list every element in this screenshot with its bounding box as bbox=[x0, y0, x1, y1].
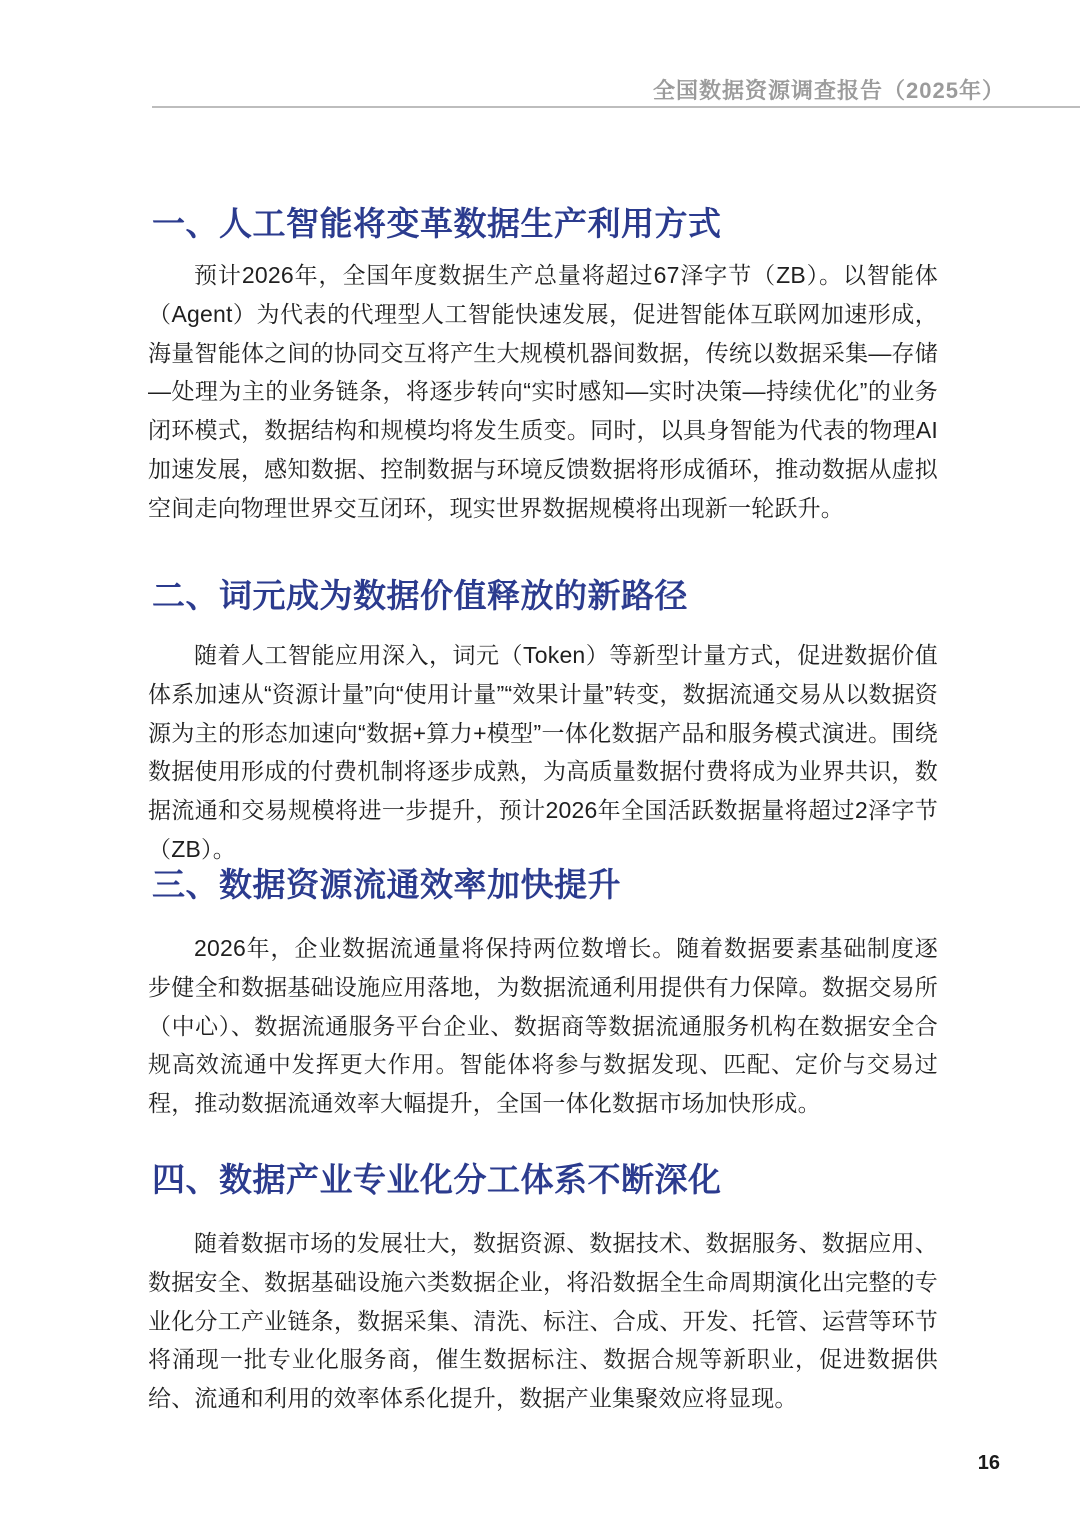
section-1-heading: 一、人工智能将变革数据生产利用方式 bbox=[152, 202, 1032, 245]
section-1-paragraph: 预计2026年，全国年度数据生产总量将超过67泽字节（ZB）。以智能体（Agen… bbox=[148, 256, 938, 528]
section-3-heading: 三、数据资源流通效率加快提升 bbox=[152, 863, 1032, 906]
section-2-paragraph: 随着人工智能应用深入，词元（Token）等新型计量方式，促进数据价值体系加速从“… bbox=[148, 636, 938, 869]
page-header-title: 全国数据资源调查报告（2025年） bbox=[653, 74, 1005, 105]
page-number: 16 bbox=[978, 1452, 1000, 1475]
header-rule bbox=[152, 106, 1080, 108]
section-4-heading: 四、数据产业专业化分工体系不断深化 bbox=[152, 1158, 1032, 1201]
section-4-paragraph: 随着数据市场的发展壮大，数据资源、数据技术、数据服务、数据应用、数据安全、数据基… bbox=[148, 1224, 938, 1418]
section-3-paragraph: 2026年，企业数据流通量将保持两位数增长。随着数据要素基础制度逐步健全和数据基… bbox=[148, 929, 938, 1123]
report-page: 全国数据资源调查报告（2025年） 一、人工智能将变革数据生产利用方式 预计20… bbox=[0, 0, 1080, 1533]
section-2-heading: 二、词元成为数据价值释放的新路径 bbox=[152, 574, 1032, 617]
